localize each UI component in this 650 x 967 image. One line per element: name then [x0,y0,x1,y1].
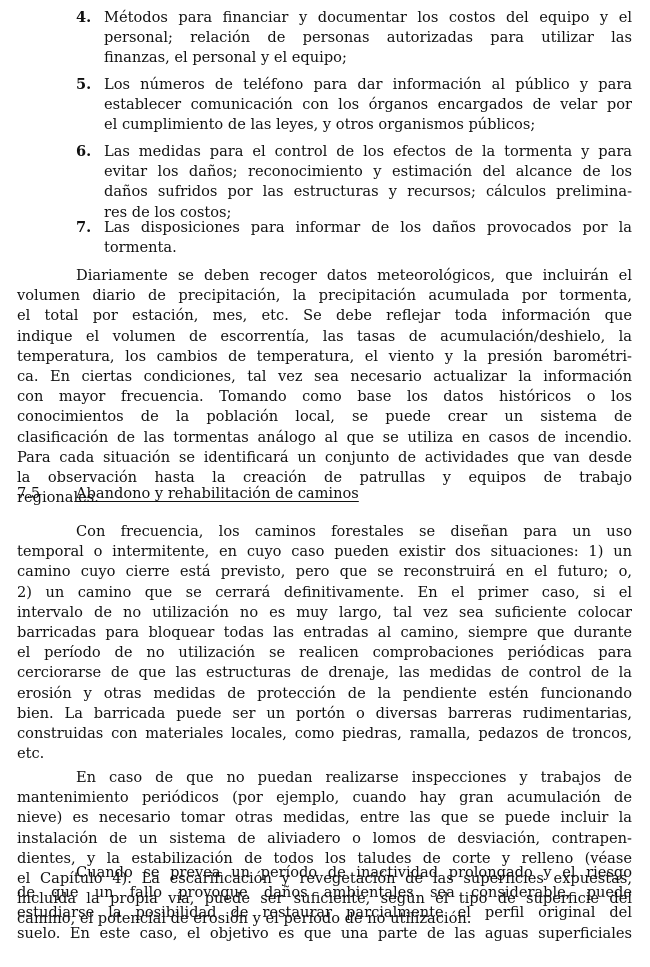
text-line: estudiarse la posibilidad de restaurar p… [17,903,632,923]
list-number: 7. [76,218,91,238]
section-number: 7.5 [17,484,40,504]
list-number: 6. [76,142,91,162]
text-line: Las disposiciones para informar de los d… [104,218,632,238]
text-line: evitar los daños; reconocimiento y estim… [104,162,632,182]
text-line: barricadas para bloquear todas las entra… [17,623,632,643]
text-line: Para cada situación se identificará un c… [17,448,632,468]
text-line: con mayor frecuencia. Tomando como base … [17,387,632,407]
text-line: 2) un camino que se cerrará definitivame… [17,583,632,603]
text-line: volumen diario de precipitación, la prec… [17,286,632,306]
text-line: mantenimiento periódicos (por ejemplo, c… [17,788,632,808]
text-line: cerciorarse de que las estructuras de dr… [17,663,632,683]
text-line: temperatura, los cambios de temperatura,… [17,347,632,367]
text-line: Cuando se prevea un período de inactivid… [76,863,632,883]
text-line: suelo. En este caso, el objetivo es que … [17,924,632,944]
text-line: ca. En ciertas condiciones, tal vez sea … [17,367,632,387]
text-line: Métodos para financiar y documentar los … [104,8,632,28]
text-line: intervalo de no utilización no es muy la… [17,603,632,623]
list-number: 4. [76,8,91,28]
text-line: instalación de un sistema de aliviadero … [17,829,632,849]
text-line: tormenta. [104,238,632,258]
text-line: Los números de teléfono para dar informa… [104,75,632,95]
text-line: temporal o intermitente, en cuyo caso pu… [17,542,632,562]
text-line: Diariamente se deben recoger datos meteo… [76,266,632,286]
section-title: Abandono y rehabilitación de caminos [76,484,359,504]
text-line: nieve) es necesario tomar otras medidas,… [17,808,632,828]
text-line: el total por estación, mes, etc. Se debe… [17,306,632,326]
text-line: bien. La barricada puede ser un portón o… [17,704,632,724]
text-line: camino cuyo cierre está previsto, pero q… [17,562,632,582]
text-line: personal; relación de personas autorizad… [104,28,632,48]
text-line: En caso de que no puedan realizarse insp… [76,768,632,788]
text-line: daños sufridos por las estructuras y rec… [104,182,632,202]
text-line: de que un fallo provoque daños ambiental… [17,883,632,903]
text-line: finanzas, el personal y el equipo; [104,48,632,68]
text-line: erosión y otras medidas de protección de… [17,684,632,704]
text-line: Las medidas para el control de los efect… [104,142,632,162]
text-line: indique el volumen de escorrentía, las t… [17,327,632,347]
text-line: clasificación de las tormentas análogo a… [17,428,632,448]
list-number: 5. [76,75,91,95]
text-line: establecer comunicación con los órganos … [104,95,632,115]
text-line: el período de no utilización se realicen… [17,643,632,663]
text-line: etc. [17,744,632,764]
text-line: construidas con materiales locales, como… [17,724,632,744]
text-line: el cumplimiento de las leyes, y otros or… [104,115,632,135]
text-line: conocimientos de la población local, se … [17,407,632,427]
text-line: Con frecuencia, los caminos forestales s… [76,522,632,542]
